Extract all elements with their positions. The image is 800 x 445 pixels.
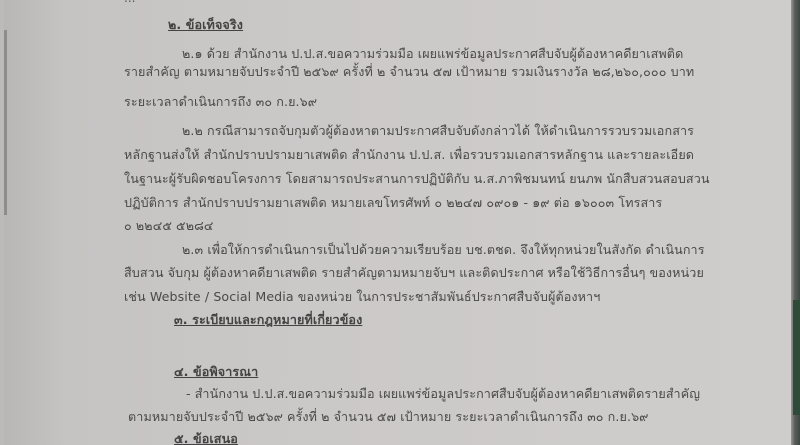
cut-off-previous-line: ... — [124, 0, 424, 3]
item-2-2-line-3: ในฐานะผู้รับผิดชอบโครงการ โดยสามารถประสา… — [124, 171, 710, 187]
item-2-3-line-1: ๒.๓ เพื่อให้การดำเนินการเป็นไปด้วยความเร… — [182, 242, 705, 258]
item-2-2-line-1: ๒.๒ กรณีสามารถจับกุมตัวผู้ต้องหาตามประกา… — [182, 123, 694, 139]
section-4-heading: ๔. ข้อพิจารณา — [174, 364, 258, 380]
item-2-2-line-4: ปฏิบัติการ สำนักปราบปรามยาเสพติด หมายเลข… — [124, 195, 662, 211]
item-2-3-line-3: เช่น Website / Social Media ของหน่วย ในก… — [124, 289, 600, 305]
item-2-1-line-2: รายสำคัญ ตามหมายจับประจำปี ๒๕๖๙ ครั้งที่… — [124, 64, 694, 80]
background-edge-green — [793, 300, 800, 415]
section-2-heading: ๒. ข้อเท็จจริง — [168, 17, 243, 33]
section-4-line-2: ตามหมายจับประจำปี ๒๕๖๙ ครั้งที่ ๒ จำนวน … — [128, 409, 649, 425]
item-2-1-line-1: ๒.๑ ด้วย สำนักงาน ป.ป.ส.ขอความร่วมมือ เผ… — [182, 46, 683, 62]
section-5-heading: ๕. ข้อเสนอ — [174, 431, 238, 445]
item-2-2-line-2: หลักฐานส่งให้ สำนักปราบปรามยาเสพติด สำนั… — [124, 147, 694, 163]
section-4-line-1: - สำนักงาน ป.ป.ส.ขอความร่วมมือ เผยแพร่ข้… — [186, 386, 700, 402]
document-page: ... ๒. ข้อเท็จจริง ๒.๑ ด้วย สำนักงาน ป.ป… — [4, 0, 791, 445]
item-2-2-line-5: ๐ ๒๒๔๕ ๕๒๘๔ — [124, 218, 214, 234]
item-2-1-line-3: ระยะเวลาดำเนินการถึง ๓๐ ก.ย.๖๙ — [124, 94, 317, 110]
section-3-heading: ๓. ระเบียบและกฎหมายที่เกี่ยวข้อง — [174, 312, 362, 328]
page-edge-shadow — [4, 30, 7, 215]
item-2-3-line-2: สืบสวน จับกุม ผู้ต้องหาคดียาเสพติด รายสำ… — [124, 265, 704, 281]
